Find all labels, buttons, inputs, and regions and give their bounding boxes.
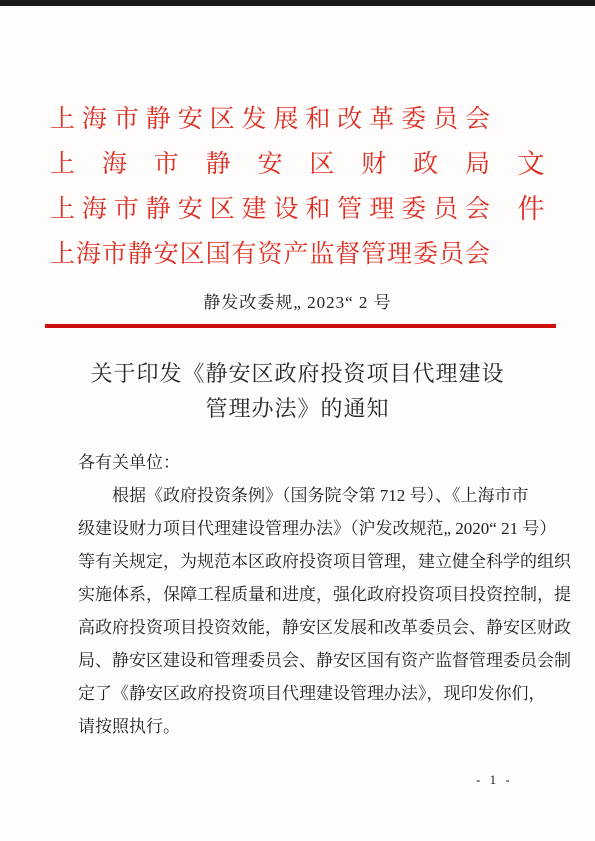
side-row-empty	[502, 232, 560, 277]
body-line: 实施体系，保障工程质量和进度，强化政府投资项目投资控制，提	[78, 578, 548, 611]
agency-name: 上海市静安区国有资产监督管理委员会	[50, 232, 490, 277]
top-border-bar	[0, 0, 595, 6]
page-number: - 1 -	[476, 772, 513, 788]
body-line: 请按照执行。	[78, 710, 548, 743]
document-number: 静发改委规„ 2023“ 2 号	[0, 288, 595, 313]
document-title-line1: 关于印发《静安区政府投资项目代理建设	[0, 356, 595, 391]
side-char-jian: 件	[502, 187, 560, 232]
agency-name: 上海市静安区建设和管理委员会	[50, 187, 490, 232]
body-line: 级建设财力项目代理建设管理办法》（沪发改规范„ 2020“ 21 号）	[78, 512, 548, 545]
body-line: 等有关规定，为规范本区政府投资项目管理，建立健全科学的组织	[78, 545, 548, 578]
document-page: 上海市静安区发展和改革委员会 上海市静安区财政局 上海市静安区建设和管理委员会 …	[0, 0, 595, 841]
document-title: 关于印发《静安区政府投资项目代理建设 管理办法》的通知	[0, 356, 595, 426]
agency-name: 上海市静安区发展和改革委员会	[50, 97, 490, 142]
document-title-line2: 管理办法》的通知	[0, 391, 595, 426]
body-line: 局、静安区建设和管理委员会、静安区国有资产监督管理委员会制	[78, 644, 548, 677]
side-row-empty	[502, 97, 560, 142]
body-line: 根据《政府投资条例》（国务院令第 712 号）、《上海市市	[78, 479, 548, 512]
red-divider-line	[45, 324, 556, 328]
letterhead: 上海市静安区发展和改革委员会 上海市静安区财政局 上海市静安区建设和管理委员会 …	[50, 97, 560, 277]
body-line: 高政府投资项目投资效能，静安区发展和改革委员会、静安区财政	[78, 611, 548, 644]
side-char-wen: 文	[502, 142, 560, 187]
greeting-line: 各有关单位：	[78, 446, 548, 479]
body-line: 定了《静安区政府投资项目代理建设管理办法》，现印发你们，	[78, 677, 548, 710]
agency-name: 上海市静安区财政局	[50, 142, 490, 187]
agency-name-list: 上海市静安区发展和改革委员会 上海市静安区财政局 上海市静安区建设和管理委员会 …	[50, 97, 490, 277]
document-body: 各有关单位： 根据《政府投资条例》（国务院令第 712 号）、《上海市市 级建设…	[78, 446, 548, 743]
letterhead-side-label: 文 件	[502, 97, 560, 277]
